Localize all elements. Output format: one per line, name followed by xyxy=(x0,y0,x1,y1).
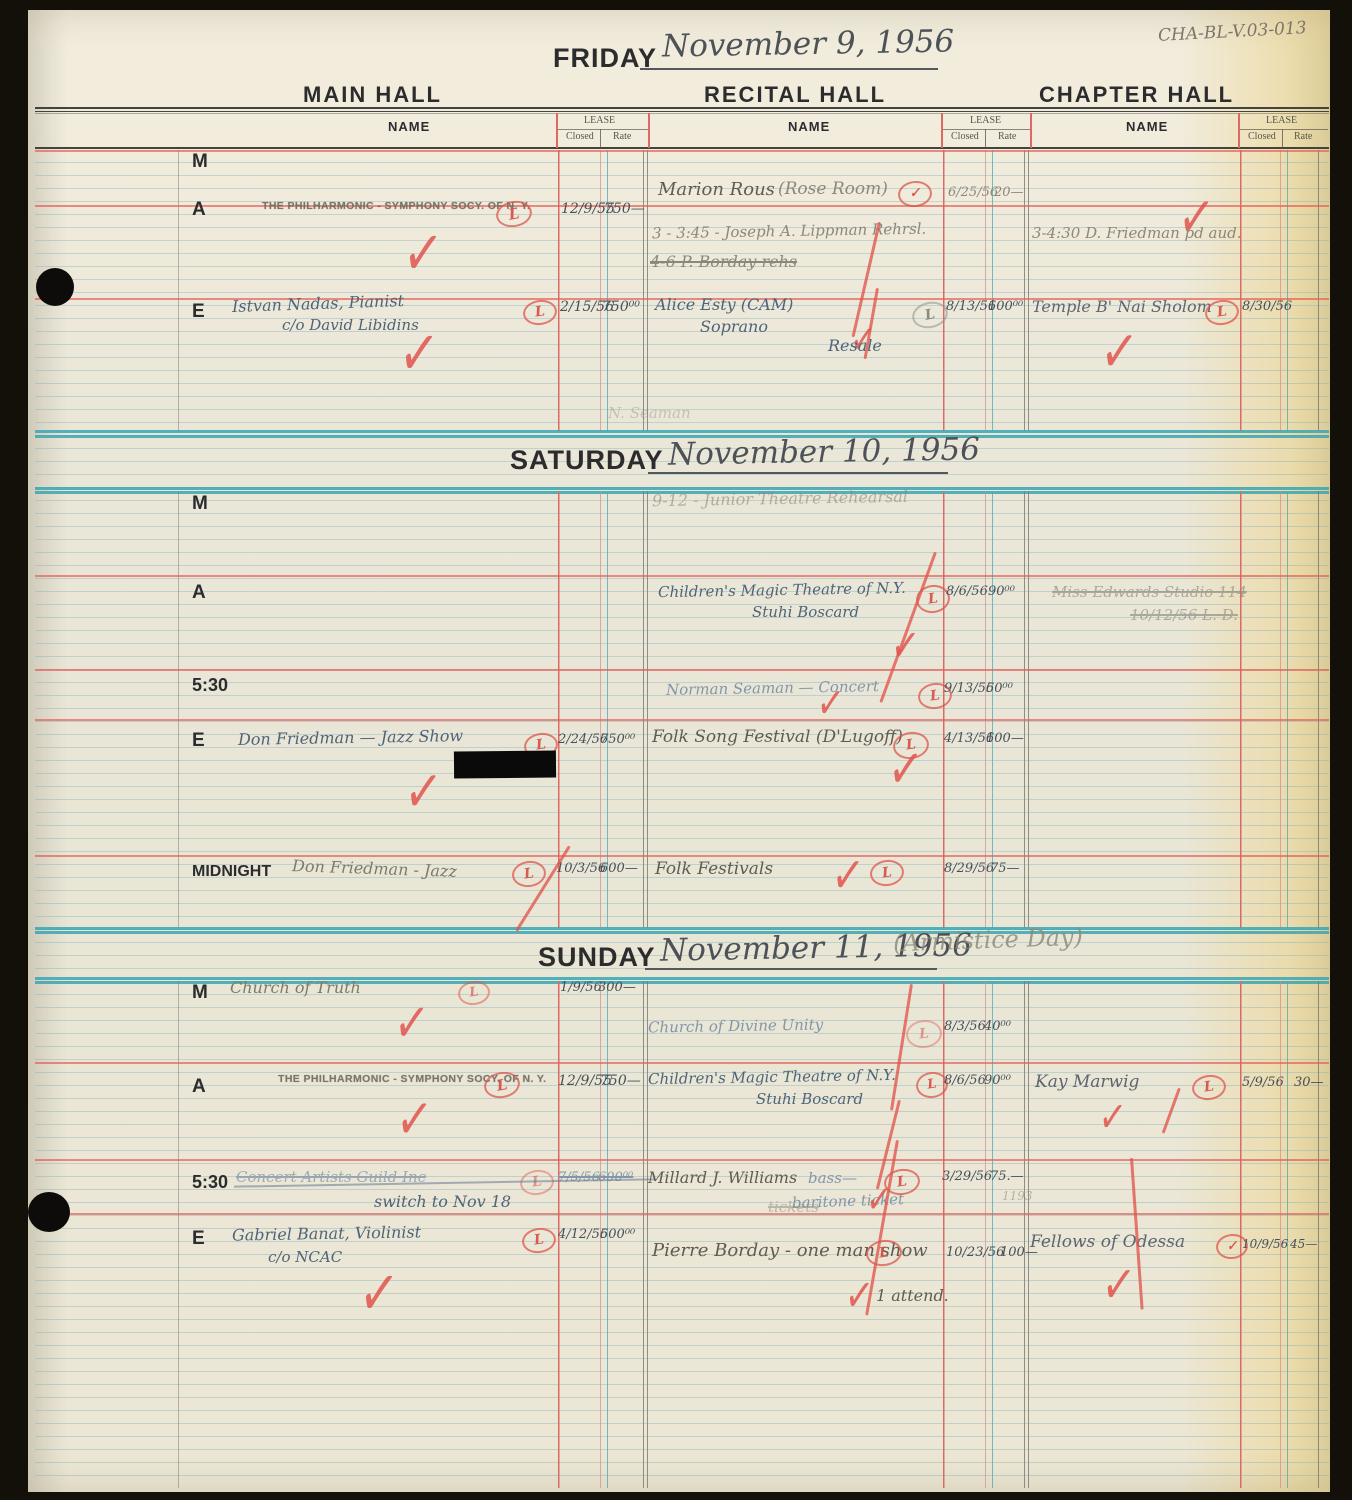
red-checkmark: ✓ xyxy=(829,849,866,904)
sunday-chapter-a-rate: 30— xyxy=(1294,1076,1324,1090)
row-line xyxy=(35,855,1329,857)
saturday-recital-a-name2: Stuhi Boscard xyxy=(752,605,859,621)
hall-title-chapter: CHAPTER HALL xyxy=(1039,83,1234,106)
sunday-main-m-closed: 1/9/56 xyxy=(560,981,602,995)
col-lease-main: LEASE xyxy=(584,116,615,127)
saturday-main-e-rate: 750⁰⁰ xyxy=(600,733,635,747)
sunday-recital-e-note: 1 attend. xyxy=(876,1288,949,1305)
col-lease-chapter: LEASE xyxy=(1266,116,1297,127)
saturday-main-mid-rate: 600— xyxy=(600,862,638,876)
header-rule xyxy=(35,147,1329,149)
sunday-recital-a-name2: Stuhi Boscard xyxy=(756,1092,863,1108)
saturday-recital-a-closed: 8/6/56 xyxy=(946,585,988,599)
lease-box-line xyxy=(600,129,601,148)
scanned-ledger-page: CHA-BL-V.03-013 FRIDAY November 9, 1956 … xyxy=(0,0,1352,1500)
red-checkmark: ✓ xyxy=(392,994,431,1053)
saturday-main-mid-closed: 10/3/56 xyxy=(556,862,606,876)
red-checkmark: ✓ xyxy=(1100,1256,1138,1313)
red-checkmark: ✓ xyxy=(886,740,925,799)
saturday-date: November 10, 1956 xyxy=(668,433,980,471)
friday-main-e-name2: c/o David Libidins xyxy=(282,318,419,334)
friday-recital-a-line3: 4-6 P. Borday rehs xyxy=(650,254,797,271)
sunday-main-a-rate: 750— xyxy=(600,1074,641,1089)
row-line xyxy=(35,1159,1329,1161)
sunday-recital-530-rate-note: 1193 xyxy=(1002,1190,1033,1203)
friday-chapter-e-name: Temple B' Nai Sholom xyxy=(1032,299,1212,316)
col-name-main: NAME xyxy=(388,120,430,134)
red-checkmark: ✓ xyxy=(815,681,846,728)
saturday-recital-e-rate: 100— xyxy=(986,732,1024,746)
col-rate-recital: Rate xyxy=(998,132,1016,143)
friday-main-e-rate: 750⁰⁰ xyxy=(602,300,640,315)
row-label-a: A xyxy=(192,1077,206,1097)
sunday-main-m-rate: 300— xyxy=(598,981,636,995)
col-name-recital: NAME xyxy=(788,120,830,134)
row-line xyxy=(35,669,1329,671)
red-checkmark: ✓ xyxy=(1176,186,1217,247)
redaction-box xyxy=(454,751,556,779)
row-line xyxy=(35,719,1329,721)
friday-recital-a-name: Marion Rous xyxy=(658,181,775,200)
row-label-a: A xyxy=(192,200,206,220)
sunday-chapter-e-rate: 45— xyxy=(1290,1238,1317,1251)
red-checkmark: ✓ xyxy=(396,320,441,388)
col-rate-chapter: Rate xyxy=(1294,132,1312,143)
friday-recital-a-closed: 6/25/56 xyxy=(948,186,998,200)
sunday-main-e-rate: 500⁰⁰ xyxy=(600,1228,635,1242)
friday-recital-e-name2: Soprano xyxy=(700,319,768,336)
header-rule xyxy=(35,113,1329,114)
sunday-main-530-closed: 7/5/56 xyxy=(558,1171,600,1185)
red-checkmark: ✓ xyxy=(1098,320,1140,383)
row-label-530: 5:30 xyxy=(192,676,228,695)
sunday-recital-530-note: bass— xyxy=(808,1171,857,1187)
row-label-m: M xyxy=(192,983,208,1003)
sunday-main-e-name: Gabriel Banat, Violinist xyxy=(232,1224,421,1244)
friday-recital-e-rate: 100⁰⁰ xyxy=(988,300,1023,314)
hall-title-main: MAIN HALL xyxy=(303,83,442,106)
sunday-main-m-name: Church of Truth xyxy=(230,980,361,997)
row-label-a: A xyxy=(192,583,206,603)
sunday-recital-530-name: Millard J. Williams xyxy=(648,1170,797,1187)
sunday-recital-m-rate: 40⁰⁰ xyxy=(984,1020,1011,1034)
sunday-chapter-e-name: Fellows of Odessa xyxy=(1030,1234,1185,1252)
col-name-chapter: NAME xyxy=(1126,120,1168,134)
friday-main-a-rate: 750— xyxy=(604,202,645,217)
col-closed-recital: Closed xyxy=(951,132,979,143)
row-line xyxy=(35,1062,1329,1064)
friday-chapter-e-closed: 8/30/56 xyxy=(1242,300,1292,314)
red-checkmark: ✓ xyxy=(356,1260,401,1328)
sunday-main-e-name2: c/o NCAC xyxy=(268,1250,342,1266)
col-closed-chapter: Closed xyxy=(1248,132,1276,143)
red-checkmark: ✓ xyxy=(1097,1095,1128,1142)
row-label-midnight: MIDNIGHT xyxy=(192,864,271,881)
friday-recital-a-note: (Rose Room) xyxy=(778,181,888,199)
sunday-recital-e-pre: tickets xyxy=(768,1200,819,1216)
sunday-recital-530-closed: 3/29/56 xyxy=(942,1170,992,1184)
hall-title-recital: RECITAL HALL xyxy=(704,83,886,106)
saturday-recital-530-rate: 50⁰⁰ xyxy=(986,682,1013,696)
punch-hole xyxy=(36,268,74,306)
col-rate-main: Rate xyxy=(613,132,631,143)
row-label-m: M xyxy=(192,152,208,172)
saturday-title: SATURDAY xyxy=(510,446,664,474)
row-label-e: E xyxy=(192,731,205,751)
lease-box-rule xyxy=(558,129,648,130)
red-checkmark: ✓ xyxy=(402,760,444,823)
saturday-recital-mid-name: Folk Festivals xyxy=(655,861,773,879)
date-underline xyxy=(648,472,948,474)
red-checkmark: ✓ xyxy=(843,1271,875,1320)
saturday-recital-530-name: Norman Seaman — Concert xyxy=(666,679,879,698)
friday-date: November 9, 1956 xyxy=(662,25,955,63)
row-label-e: E xyxy=(192,1229,205,1249)
row-line xyxy=(35,150,1329,152)
row-label-m: M xyxy=(192,494,208,514)
sunday-recital-m-name: Church of Divine Unity xyxy=(648,1017,823,1036)
lease-box-rule xyxy=(1240,129,1328,130)
header-rule xyxy=(35,107,1329,109)
sunday-chapter-a-name: Kay Marwig xyxy=(1035,1074,1139,1092)
sunday-recital-a-rate: 90⁰⁰ xyxy=(984,1074,1011,1088)
saturday-chapter-a-name: Miss Edwards Studio 114 xyxy=(1052,585,1247,601)
saturday-recital-mid-rate: 75— xyxy=(990,862,1020,876)
saturday-recital-a-rate: 90⁰⁰ xyxy=(988,585,1015,599)
friday-recital-a-rate: 20— xyxy=(994,186,1024,200)
lease-box-line xyxy=(648,113,650,148)
row-line xyxy=(35,575,1329,577)
section-divider xyxy=(35,430,1329,433)
lease-box-line xyxy=(985,129,986,148)
sunday-recital-e-closed: 10/23/56 xyxy=(946,1246,1004,1260)
lease-box-line xyxy=(556,113,558,148)
red-checkmark: ✓ xyxy=(889,621,921,670)
row-line xyxy=(35,205,1329,207)
sunday-title: SUNDAY xyxy=(538,943,656,971)
friday-recital-footer-note: N. Seaman xyxy=(608,406,691,422)
col-lease-recital: LEASE xyxy=(970,116,1001,127)
friday-recital-e-name: Alice Esty (CAM) xyxy=(655,297,793,314)
col-closed-main: Closed xyxy=(566,132,594,143)
date-underline xyxy=(645,968,937,970)
sunday-recital-a-closed: 8/6/56 xyxy=(944,1074,986,1088)
date-underline xyxy=(640,68,938,70)
lease-box-line xyxy=(1030,113,1032,148)
saturday-chapter-a-line2: 10/12/56 L. D. xyxy=(1130,608,1238,624)
punch-hole xyxy=(28,1192,70,1232)
sunday-recital-530-rate: 75.— xyxy=(990,1170,1024,1184)
row-label-e: E xyxy=(192,302,205,322)
sunday-chapter-e-closed: 10/9/56 xyxy=(1242,1238,1288,1251)
sunday-chapter-a-closed: 5/9/56 xyxy=(1242,1076,1284,1090)
friday-recital-e-note: Resale xyxy=(828,338,882,355)
header-rule xyxy=(35,111,1329,112)
saturday-recital-mid-closed: 8/29/56 xyxy=(944,862,994,876)
lease-box-line xyxy=(941,113,943,148)
section-divider xyxy=(35,927,1329,930)
lease-box-rule xyxy=(943,129,1030,130)
red-checkmark: ✓ xyxy=(394,1088,435,1149)
row-label-530: 5:30 xyxy=(192,1173,228,1192)
saturday-recital-e-name: Folk Song Festival (D'Lugoff) xyxy=(652,729,903,747)
section-divider xyxy=(35,487,1329,490)
red-checkmark: ✓ xyxy=(400,220,445,288)
sunday-main-530-note: switch to Nov 18 xyxy=(374,1194,511,1211)
lease-box-line xyxy=(1282,129,1283,148)
friday-main-a-name: THE PHILHARMONIC - SYMPHONY SOCY. OF N. … xyxy=(262,201,530,212)
lease-box-line xyxy=(1238,113,1240,148)
sunday-recital-m-closed: 8/3/56 xyxy=(944,1020,986,1034)
